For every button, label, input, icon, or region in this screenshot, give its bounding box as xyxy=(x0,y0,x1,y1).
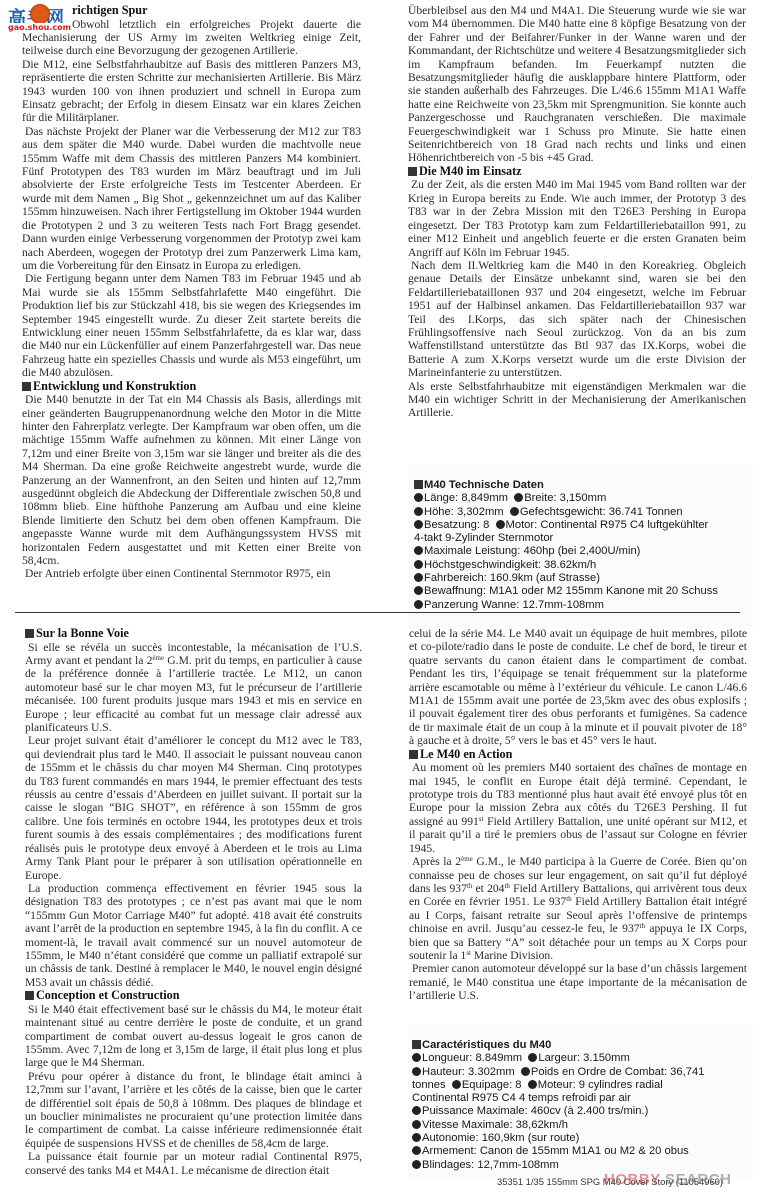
bullet-icon xyxy=(414,507,423,516)
hobby-search-watermark: HOBBY SEARCH xyxy=(604,1171,731,1188)
spec-line: Vitesse Maximale: 38,62km/h xyxy=(412,1119,753,1132)
paragraph: celui de la série M4. Le M40 avait un éq… xyxy=(409,627,747,748)
spec-line: Maximale Leistung: 460hp (bei 2,400U/min… xyxy=(414,545,753,558)
french-left-column: Sur la Bonne Voie Si elle se révéla un s… xyxy=(25,627,362,1177)
bullet-icon xyxy=(412,1053,421,1062)
bullet-icon xyxy=(528,1080,537,1089)
german-left-column: richtigen Spur Obwohl letztlich ein erfo… xyxy=(22,4,361,581)
bullet-icon xyxy=(412,1120,421,1129)
spec-line: Bewaffnung: M1A1 oder M2 155mm Kanone mi… xyxy=(414,585,753,598)
spec-line: tonnes Equipage: 8 Moteur: 9 cylindres r… xyxy=(412,1079,753,1092)
bullet-icon xyxy=(412,1106,421,1115)
spec-line: Länge: 8,849mm Breite: 3,150mm xyxy=(414,492,753,505)
bullet-icon xyxy=(412,1133,421,1142)
specs-title: Caractéristiques du M40 xyxy=(412,1039,753,1052)
heading-le-m40-en-action: Le M40 en Action xyxy=(409,748,747,762)
bullet-icon xyxy=(414,600,423,609)
square-bullet-icon xyxy=(22,382,31,391)
bullet-icon xyxy=(414,546,423,555)
german-right-column: Überbleibsel aus den M4 und M4A1. Die St… xyxy=(408,4,746,420)
paragraph: Überbleibsel aus den M4 und M4A1. Die St… xyxy=(408,4,746,165)
paragraph: La production commença effectivement en … xyxy=(25,882,362,989)
spec-line: Besatzung: 8 Motor: Continental R975 C4 … xyxy=(414,519,753,532)
spec-line: Autonomie: 160,9km (sur route) xyxy=(412,1132,753,1145)
paragraph: La puissance était fournie par un moteur… xyxy=(25,1150,362,1177)
heading-richtigen-spur: richtigen Spur xyxy=(22,4,361,18)
paragraph: Leur projet suivant était d’améliorer le… xyxy=(25,734,362,881)
bullet-icon xyxy=(412,1067,421,1076)
paragraph: Die M12, eine Selbstfahrhaubitze auf Bas… xyxy=(22,58,361,125)
spec-line: Hauteur: 3.302mm Poids en Ordre de Comba… xyxy=(412,1066,753,1079)
paragraph: Zu der Zeit, als die ersten M40 im Mai 1… xyxy=(408,178,746,258)
bullet-icon xyxy=(528,1053,537,1062)
paragraph: Das nächste Projekt der Planer war die V… xyxy=(22,125,361,272)
paragraph: Als erste Selbstfahrhaubitze mit eigenst… xyxy=(408,380,746,420)
spec-line: Armement: Canon de 155mm M1A1 ou M2 & 20… xyxy=(412,1145,753,1158)
bullet-icon xyxy=(452,1080,461,1089)
bullet-icon xyxy=(414,493,423,502)
language-divider xyxy=(15,612,740,613)
paragraph: Obwohl letztlich ein erfolgreiches Proje… xyxy=(22,18,361,58)
spec-line: Fahrbereich: 160.9km (auf Strasse) xyxy=(414,572,753,585)
heading-m40-im-einsatz: Die M40 im Einsatz xyxy=(408,165,746,179)
square-bullet-icon xyxy=(25,629,34,638)
specs-title: M40 Technische Daten xyxy=(414,479,753,492)
bullet-icon xyxy=(521,1067,530,1076)
french-specs-box: Caractéristiques du M40 Longueur: 8.849m… xyxy=(408,1025,753,1178)
bullet-icon xyxy=(510,507,519,516)
heading-sur-la-bonne-voie: Sur la Bonne Voie xyxy=(25,627,362,641)
paragraph: Si le M40 était effectivement basé sur l… xyxy=(25,1003,362,1070)
square-bullet-icon xyxy=(412,1040,421,1049)
heading-entwicklung: Entwicklung und Konstruktion xyxy=(22,380,361,394)
bullet-icon xyxy=(514,493,523,502)
paragraph: Premier canon automoteur développé sur l… xyxy=(409,962,747,1002)
bullet-icon xyxy=(496,520,505,529)
bullet-icon xyxy=(414,586,423,595)
square-bullet-icon xyxy=(25,991,34,1000)
spec-line: Höchstgeschwindigkeit: 38.62km/h xyxy=(414,559,753,572)
spec-line: Höhe: 3,302mm Gefechtsgewicht: 36.741 To… xyxy=(414,506,753,519)
spec-line: Panzerung Wanne: 12.7mm-108mm xyxy=(414,599,753,612)
spec-line: Continental R975 C4 4 temps refroidi par… xyxy=(412,1092,753,1105)
square-bullet-icon xyxy=(409,750,418,759)
paragraph: Die M40 benutzte in der Tat ein M4 Chass… xyxy=(22,393,361,567)
spec-line: Blindages: 12,7mm-108mm xyxy=(412,1159,753,1172)
bullet-icon xyxy=(412,1146,421,1155)
bullet-icon xyxy=(414,560,423,569)
paragraph: Der Antrieb erfolgte über einen Continen… xyxy=(22,567,361,580)
german-specs-box: M40 Technische Daten Länge: 8,849mm Brei… xyxy=(408,465,753,628)
spec-line: Longueur: 8.849mm Largeur: 3.150mm xyxy=(412,1052,753,1065)
spec-line: Puissance Maximale: 460cv (à 2.400 trs/m… xyxy=(412,1105,753,1118)
bullet-icon xyxy=(414,520,423,529)
paragraph: Au moment où les premiers M40 sortaient … xyxy=(409,761,747,855)
square-bullet-icon xyxy=(414,480,423,489)
paragraph: Si elle se révéla un succès incontestabl… xyxy=(25,641,362,735)
heading-conception: Conception et Construction xyxy=(25,989,362,1003)
french-right-column: celui de la série M4. Le M40 avait un éq… xyxy=(409,627,747,1003)
bullet-icon xyxy=(414,573,423,582)
square-bullet-icon xyxy=(408,167,417,176)
paragraph: Prévu pour opérer à distance du front, l… xyxy=(25,1070,362,1150)
paragraph: Après la 2ème G.M., le M40 participa à l… xyxy=(409,855,747,962)
paragraph: Nach dem II.Weltkrieg kam die M40 in den… xyxy=(408,259,746,380)
paragraph: Die Fertigung begann unter dem Namen T83… xyxy=(22,272,361,379)
spec-line: 4-takt 9-Zylinder Sternmotor xyxy=(414,532,753,545)
bullet-icon xyxy=(412,1160,421,1169)
